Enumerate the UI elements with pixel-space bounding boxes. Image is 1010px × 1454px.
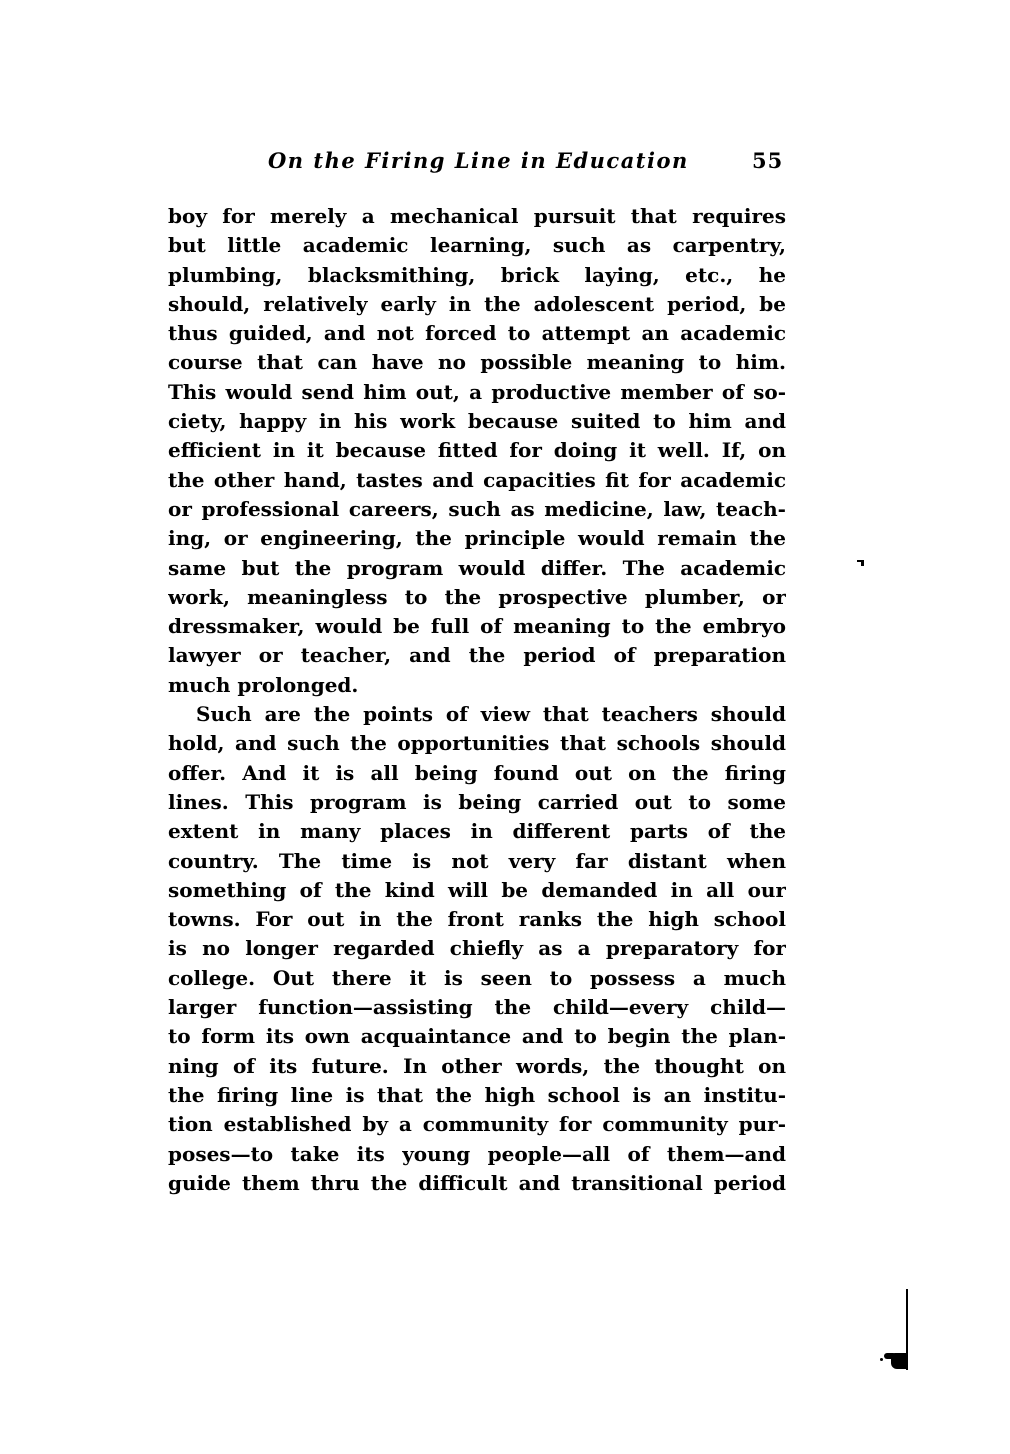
text-line: or professional careers, such as medicin… [168,495,786,524]
text-line: towns. For out in the front ranks the hi… [168,905,786,934]
text-line: tion established by a community for comm… [168,1110,786,1139]
text-line: guide them thru the difficult and transi… [168,1169,786,1198]
text-line: is no longer regarded chiefly as a prepa… [168,934,786,963]
text-line: extent in many places in different parts… [168,817,786,846]
text-line: to form its own acquaintance and to begi… [168,1022,786,1051]
text-line: hold, and such the opportunities that sc… [168,729,786,758]
text-line: ciety, happy in his work because suited … [168,407,786,436]
text-line: something of the kind will be demanded i… [168,876,786,905]
text-line: the firing line is that the high school … [168,1081,786,1110]
text-line: poses—to take its young people—all of th… [168,1140,786,1169]
text-line: ning of its future. In other words, the … [168,1052,786,1081]
ink-smudge-dot [880,1358,883,1361]
text-line: course that can have no possible meaning… [168,348,786,377]
text-line: the other hand, tastes and capacities fi… [168,466,786,495]
text-line: plumbing, blacksmithing, brick laying, e… [168,261,786,290]
scanned-book-page: On the Firing Line in Education 55 boy f… [0,0,1010,1454]
text-line: thus guided, and not forced to attempt a… [168,319,786,348]
page-number: 55 [752,148,783,173]
text-line: but little academic learning, such as ca… [168,231,786,260]
text-line: ing, or engineering, the principle would… [168,524,786,553]
text-line: should, relatively early in the adolesce… [168,290,786,319]
text-line: dressmaker, would be full of meaning to … [168,612,786,641]
text-line: This would send him out, a productive me… [168,378,786,407]
text-line: country. The time is not very far distan… [168,847,786,876]
page-body-text: boy for merely a mechanical pursuit that… [168,202,786,1198]
text-line: Such are the points of view that teacher… [168,700,786,729]
text-line: lines. This program is being carried out… [168,788,786,817]
text-line: much prolonged. [168,671,786,700]
ink-smudge-blob [884,1353,896,1359]
text-line: college. Out there it is seen to possess… [168,964,786,993]
paragraph-1: boy for merely a mechanical pursuit that… [168,202,786,700]
text-line: boy for merely a mechanical pursuit that… [168,202,786,231]
running-header: On the Firing Line in Education 55 [0,148,1010,178]
text-line: same but the program would differ. The a… [168,554,786,583]
text-line: efficient in it because fitted for doing… [168,436,786,465]
text-line: lawyer or teacher, and the period of pre… [168,641,786,670]
paragraph-2: Such are the points of view that teacher… [168,700,786,1198]
text-line: work, meaningless to the prospective plu… [168,583,786,612]
ink-speck [861,560,864,566]
text-line: offer. And it is all being found out on … [168,759,786,788]
text-line: larger function—assisting the child—ever… [168,993,786,1022]
running-title: On the Firing Line in Education [268,148,689,173]
